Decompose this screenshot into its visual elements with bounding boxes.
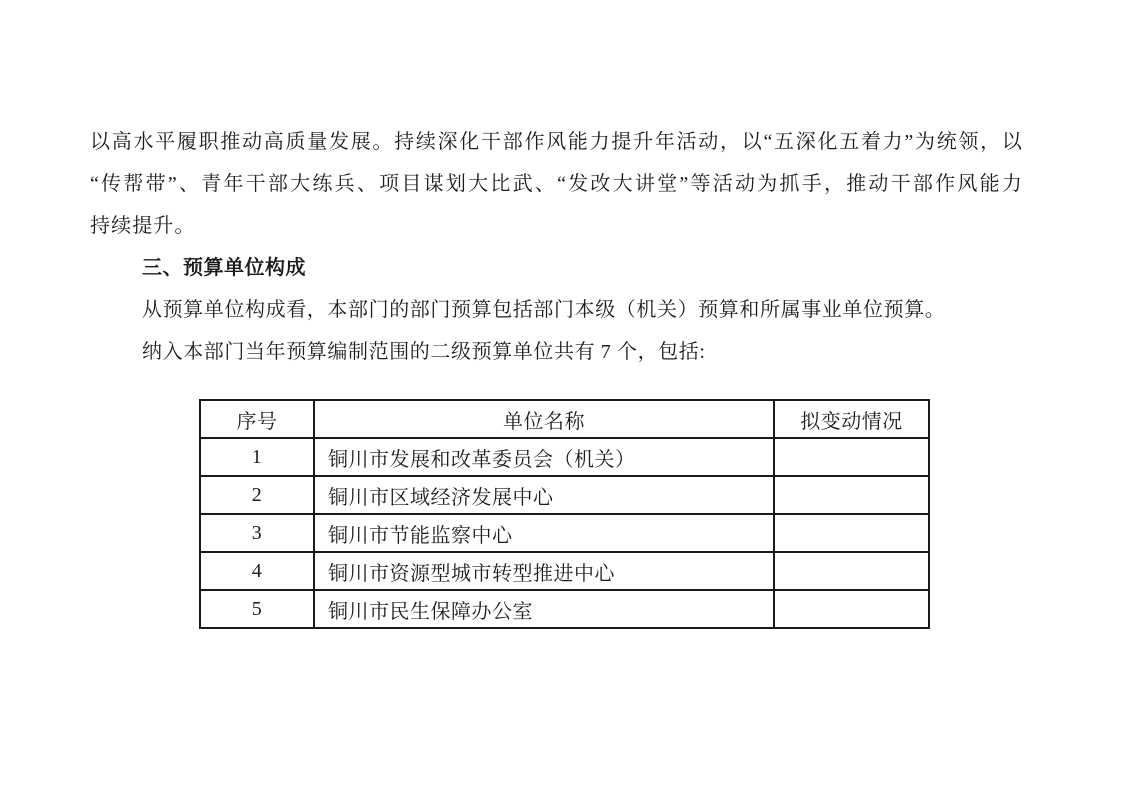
paragraph-line: 持续提升。	[90, 205, 1023, 247]
cell-unit-name: 铜川市民生保障办公室	[314, 590, 774, 628]
paragraph-budget-composition: 从预算单位构成看，本部门的部门预算包括部门本级（机关）预算和所属事业单位预算。	[90, 289, 1023, 331]
cell-row-number: 5	[200, 590, 314, 628]
header-cell-no: 序号	[200, 400, 314, 438]
cell-change-status	[774, 552, 929, 590]
table-header: 序号 单位名称 拟变动情况	[200, 400, 929, 438]
header-cell-change: 拟变动情况	[774, 400, 929, 438]
cell-row-number: 1	[200, 438, 314, 476]
cell-unit-name: 铜川市节能监察中心	[314, 514, 774, 552]
table-header-row: 序号 单位名称 拟变动情况	[200, 400, 929, 438]
document-page: 以高水平履职推动高质量发展。持续深化干部作风能力提升年活动，以“五深化五着力”为…	[0, 0, 1122, 793]
cell-row-number: 4	[200, 552, 314, 590]
paragraph-unit-count: 纳入本部门当年预算编制范围的二级预算单位共有 7 个，包括:	[90, 331, 1023, 373]
table-row: 1 铜川市发展和改革委员会（机关）	[200, 438, 929, 476]
cell-row-number: 2	[200, 476, 314, 514]
table-body: 1 铜川市发展和改革委员会（机关） 2 铜川市区域经济发展中心 3 铜川市节能监…	[200, 438, 929, 628]
table-row: 5 铜川市民生保障办公室	[200, 590, 929, 628]
page-content: 以高水平履职推动高质量发展。持续深化干部作风能力提升年活动，以“五深化五着力”为…	[90, 121, 1023, 629]
section-heading: 三、预算单位构成	[90, 247, 1023, 289]
table-row: 3 铜川市节能监察中心	[200, 514, 929, 552]
paragraph-line: 以高水平履职推动高质量发展。持续深化干部作风能力提升年活动，以“五深化五着力”为…	[90, 121, 1023, 163]
continuation-paragraph: 以高水平履职推动高质量发展。持续深化干部作风能力提升年活动，以“五深化五着力”为…	[90, 121, 1023, 247]
cell-change-status	[774, 438, 929, 476]
cell-unit-name: 铜川市区域经济发展中心	[314, 476, 774, 514]
cell-unit-name: 铜川市发展和改革委员会（机关）	[314, 438, 774, 476]
table-row: 4 铜川市资源型城市转型推进中心	[200, 552, 929, 590]
cell-change-status	[774, 514, 929, 552]
header-cell-name: 单位名称	[314, 400, 774, 438]
cell-change-status	[774, 590, 929, 628]
cell-row-number: 3	[200, 514, 314, 552]
budget-units-table: 序号 单位名称 拟变动情况 1 铜川市发展和改革委员会（机关） 2 铜川市区域经…	[199, 399, 930, 629]
cell-unit-name: 铜川市资源型城市转型推进中心	[314, 552, 774, 590]
table-row: 2 铜川市区域经济发展中心	[200, 476, 929, 514]
paragraph-line: “传帮带”、青年干部大练兵、项目谋划大比武、“发改大讲堂”等活动为抓手，推动干部…	[90, 163, 1023, 205]
cell-change-status	[774, 476, 929, 514]
